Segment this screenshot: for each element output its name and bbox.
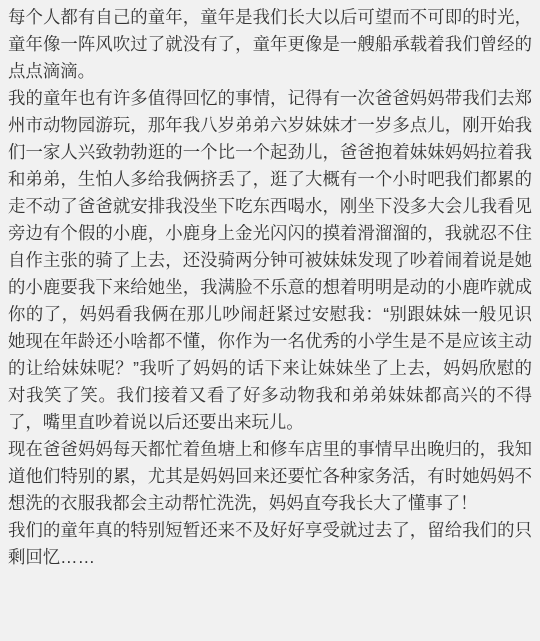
essay-paragraph-intro: 每个人都有自己的童年，童年是我们长大以后可望而不可即的时光，童年像一阵风吹过了就… (8, 4, 532, 85)
essay-paragraph-closing: 我们的童年真的特别短暂还来不及好好享受就过去了，留给我们的只剩回忆…… (8, 517, 532, 571)
essay-paragraph-parents: 现在爸爸妈妈每天都忙着鱼塘上和修车店里的事情早出晚归的，我知道他们特别的累，尤其… (8, 436, 532, 517)
essay-page: 每个人都有自己的童年，童年是我们长大以后可望而不可即的时光，童年像一阵风吹过了就… (0, 0, 540, 641)
essay-paragraph-zoo-story: 我的童年也有许多值得回忆的事情，记得有一次爸爸妈妈带我们去郑州市动物园游玩，那年… (8, 85, 532, 436)
